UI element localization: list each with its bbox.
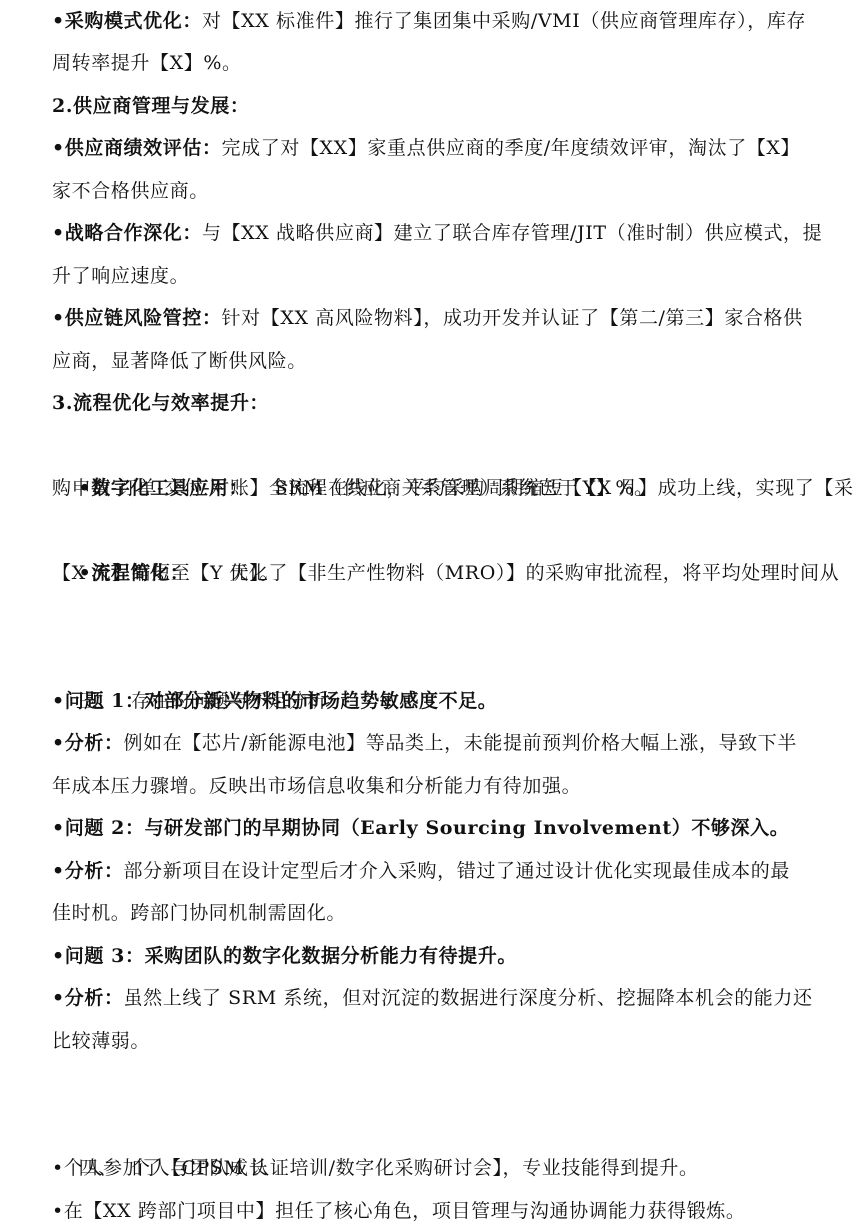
continuation-line: 应商，显著降低了断供风险。 — [52, 340, 812, 383]
line-text: 升了响应速度。 — [52, 265, 189, 287]
problem-text: •问题 3：采购团队的数字化数据分析能力有待提升。 — [52, 945, 517, 967]
document-page: •采购模式优化：对【XX 标准件】推行了集团集中采购/VMI（供应商管理库存），… — [52, 0, 812, 1230]
line-text: 年成本压力骤增。反映出市场信息收集和分析能力有待加强。 — [52, 775, 581, 797]
subheading-process-optimization: 3.流程优化与效率提升： — [52, 382, 812, 425]
bullet-procurement-mode: •采购模式优化：对【XX 标准件】推行了集团集中采购/VMI（供应商管理库存），… — [52, 0, 812, 42]
bullet-supplier-evaluation: •供应商绩效评估：完成了对【XX】家重点供应商的季度/年度绩效评审，淘汰了【X】 — [52, 127, 812, 170]
growth-item-training: •个人参加了【CPSM 认证培训/数字化采购研讨会】，专业技能得到提升。 — [52, 1147, 812, 1190]
line-text: 佳时机。跨部门协同机制需固化。 — [52, 902, 346, 924]
subheading-text: 3.流程优化与效率提升： — [52, 392, 269, 414]
bullet-label: •供应商绩效评估： — [52, 137, 222, 159]
bullet-label: •分析： — [52, 732, 124, 754]
line-text: •个人参加了【CPSM 认证培训/数字化采购研讨会】，专业技能得到提升。 — [52, 1157, 699, 1179]
bullet-text: 虽然上线了 SRM 系统，但对沉淀的数据进行深度分析、挖掘降本机会的能力还 — [124, 987, 813, 1009]
blank-line — [52, 1062, 812, 1105]
bullet-text: 与【XX 战略供应商】建立了联合库存管理/JIT（准时制）供应模式，提 — [202, 222, 822, 244]
analysis-3: •分析：虽然上线了 SRM 系统，但对沉淀的数据进行深度分析、挖掘降本机会的能力… — [52, 977, 812, 1020]
continuation-line: 比较薄弱。 — [52, 1020, 812, 1063]
continuation-line: 佳时机。跨部门协同机制需固化。 — [52, 892, 812, 935]
continuation-line: 升了响应速度。 — [52, 255, 812, 298]
problem-text: •问题 1：对部分新兴物料的市场趋势敏感度不足。 — [52, 690, 497, 712]
section-heading-growth: 四、 个人与团队成长 — [52, 1105, 812, 1148]
bullet-label: •分析： — [52, 987, 124, 1009]
line-text: •在【XX 跨部门项目中】担任了核心角色，项目管理与沟通协调能力获得锻炼。 — [52, 1200, 746, 1222]
subheading-text: 2.供应商管理与发展： — [52, 95, 249, 117]
line-text: 比较薄弱。 — [52, 1030, 150, 1052]
bullet-text: 对【XX 标准件】推行了集团集中采购/VMI（供应商管理库存），库存 — [202, 10, 806, 32]
problem-3: •问题 3：采购团队的数字化数据分析能力有待提升。 — [52, 935, 812, 978]
section-heading-problems: 三、 存在的问题与不足分析 — [52, 637, 812, 680]
subheading-supplier-management: 2.供应商管理与发展： — [52, 85, 812, 128]
continuation-line: 周转率提升【X】%。 — [52, 42, 812, 85]
analysis-2: •分析：部分新项目在设计定型后才介入采购，错过了通过设计优化实现最佳成本的最 — [52, 850, 812, 893]
analysis-1: •分析：例如在【芯片/新能源电池】等品类上，未能提前预判价格大幅上涨，导致下半 — [52, 722, 812, 765]
continuation-line: 年成本压力骤增。反映出市场信息收集和分析能力有待加强。 — [52, 765, 812, 808]
problem-1: •问题 1：对部分新兴物料的市场趋势敏感度不足。 — [52, 680, 812, 723]
bullet-label: •分析： — [52, 860, 124, 882]
bullet-strategic-partnership: •战略合作深化：与【XX 战略供应商】建立了联合库存管理/JIT（准时制）供应模… — [52, 212, 812, 255]
bullet-text: 优化了【非生产性物料（MRO）】的采购审批流程，将平均处理时间从 — [189, 562, 839, 584]
line-text: 应商，显著降低了断供风险。 — [52, 350, 307, 372]
bullet-text: 例如在【芯片/新能源电池】等品类上，未能提前预判价格大幅上涨，导致下半 — [124, 732, 797, 754]
bullet-label: •供应链风险管控： — [52, 307, 222, 329]
line-text: 【X 天】缩短至【Y 天】。 — [52, 562, 279, 584]
bullet-label: •战略合作深化： — [52, 222, 202, 244]
blank-line — [52, 595, 812, 638]
growth-item-project: •在【XX 跨部门项目中】担任了核心角色，项目管理与沟通协调能力获得锻炼。 — [52, 1190, 812, 1230]
bullet-process-simplification: •流程简化： 优化了【非生产性物料（MRO）】的采购审批流程，将平均处理时间从 — [52, 510, 812, 553]
bullet-text: 部分新项目在设计定型后才介入采购，错过了通过设计优化实现最佳成本的最 — [124, 860, 790, 882]
bullet-supply-risk: •供应链风险管控：针对【XX 高风险物料】，成功开发并认证了【第二/第三】家合格… — [52, 297, 812, 340]
line-text: 购申请-订单-交付-对账】全流程在线化，平均采购周期缩短【Y】%。 — [52, 477, 654, 499]
bullet-text: 完成了对【XX】家重点供应商的季度/年度绩效评审，淘汰了【X】 — [222, 137, 801, 159]
bullet-digital-tools: •数字化工具应用： SRM（供应商关系管理）系统已于【X 月】成功上线，实现了【… — [52, 425, 812, 468]
continuation-line: 家不合格供应商。 — [52, 170, 812, 213]
problem-text: •问题 2：与研发部门的早期协同（Early Sourcing Involvem… — [52, 817, 789, 839]
problem-2: •问题 2：与研发部门的早期协同（Early Sourcing Involvem… — [52, 807, 812, 850]
line-text: 周转率提升【X】%。 — [52, 52, 242, 74]
bullet-label: •采购模式优化： — [52, 10, 202, 32]
line-text: 家不合格供应商。 — [52, 180, 209, 202]
bullet-text: 针对【XX 高风险物料】，成功开发并认证了【第二/第三】家合格供 — [222, 307, 803, 329]
